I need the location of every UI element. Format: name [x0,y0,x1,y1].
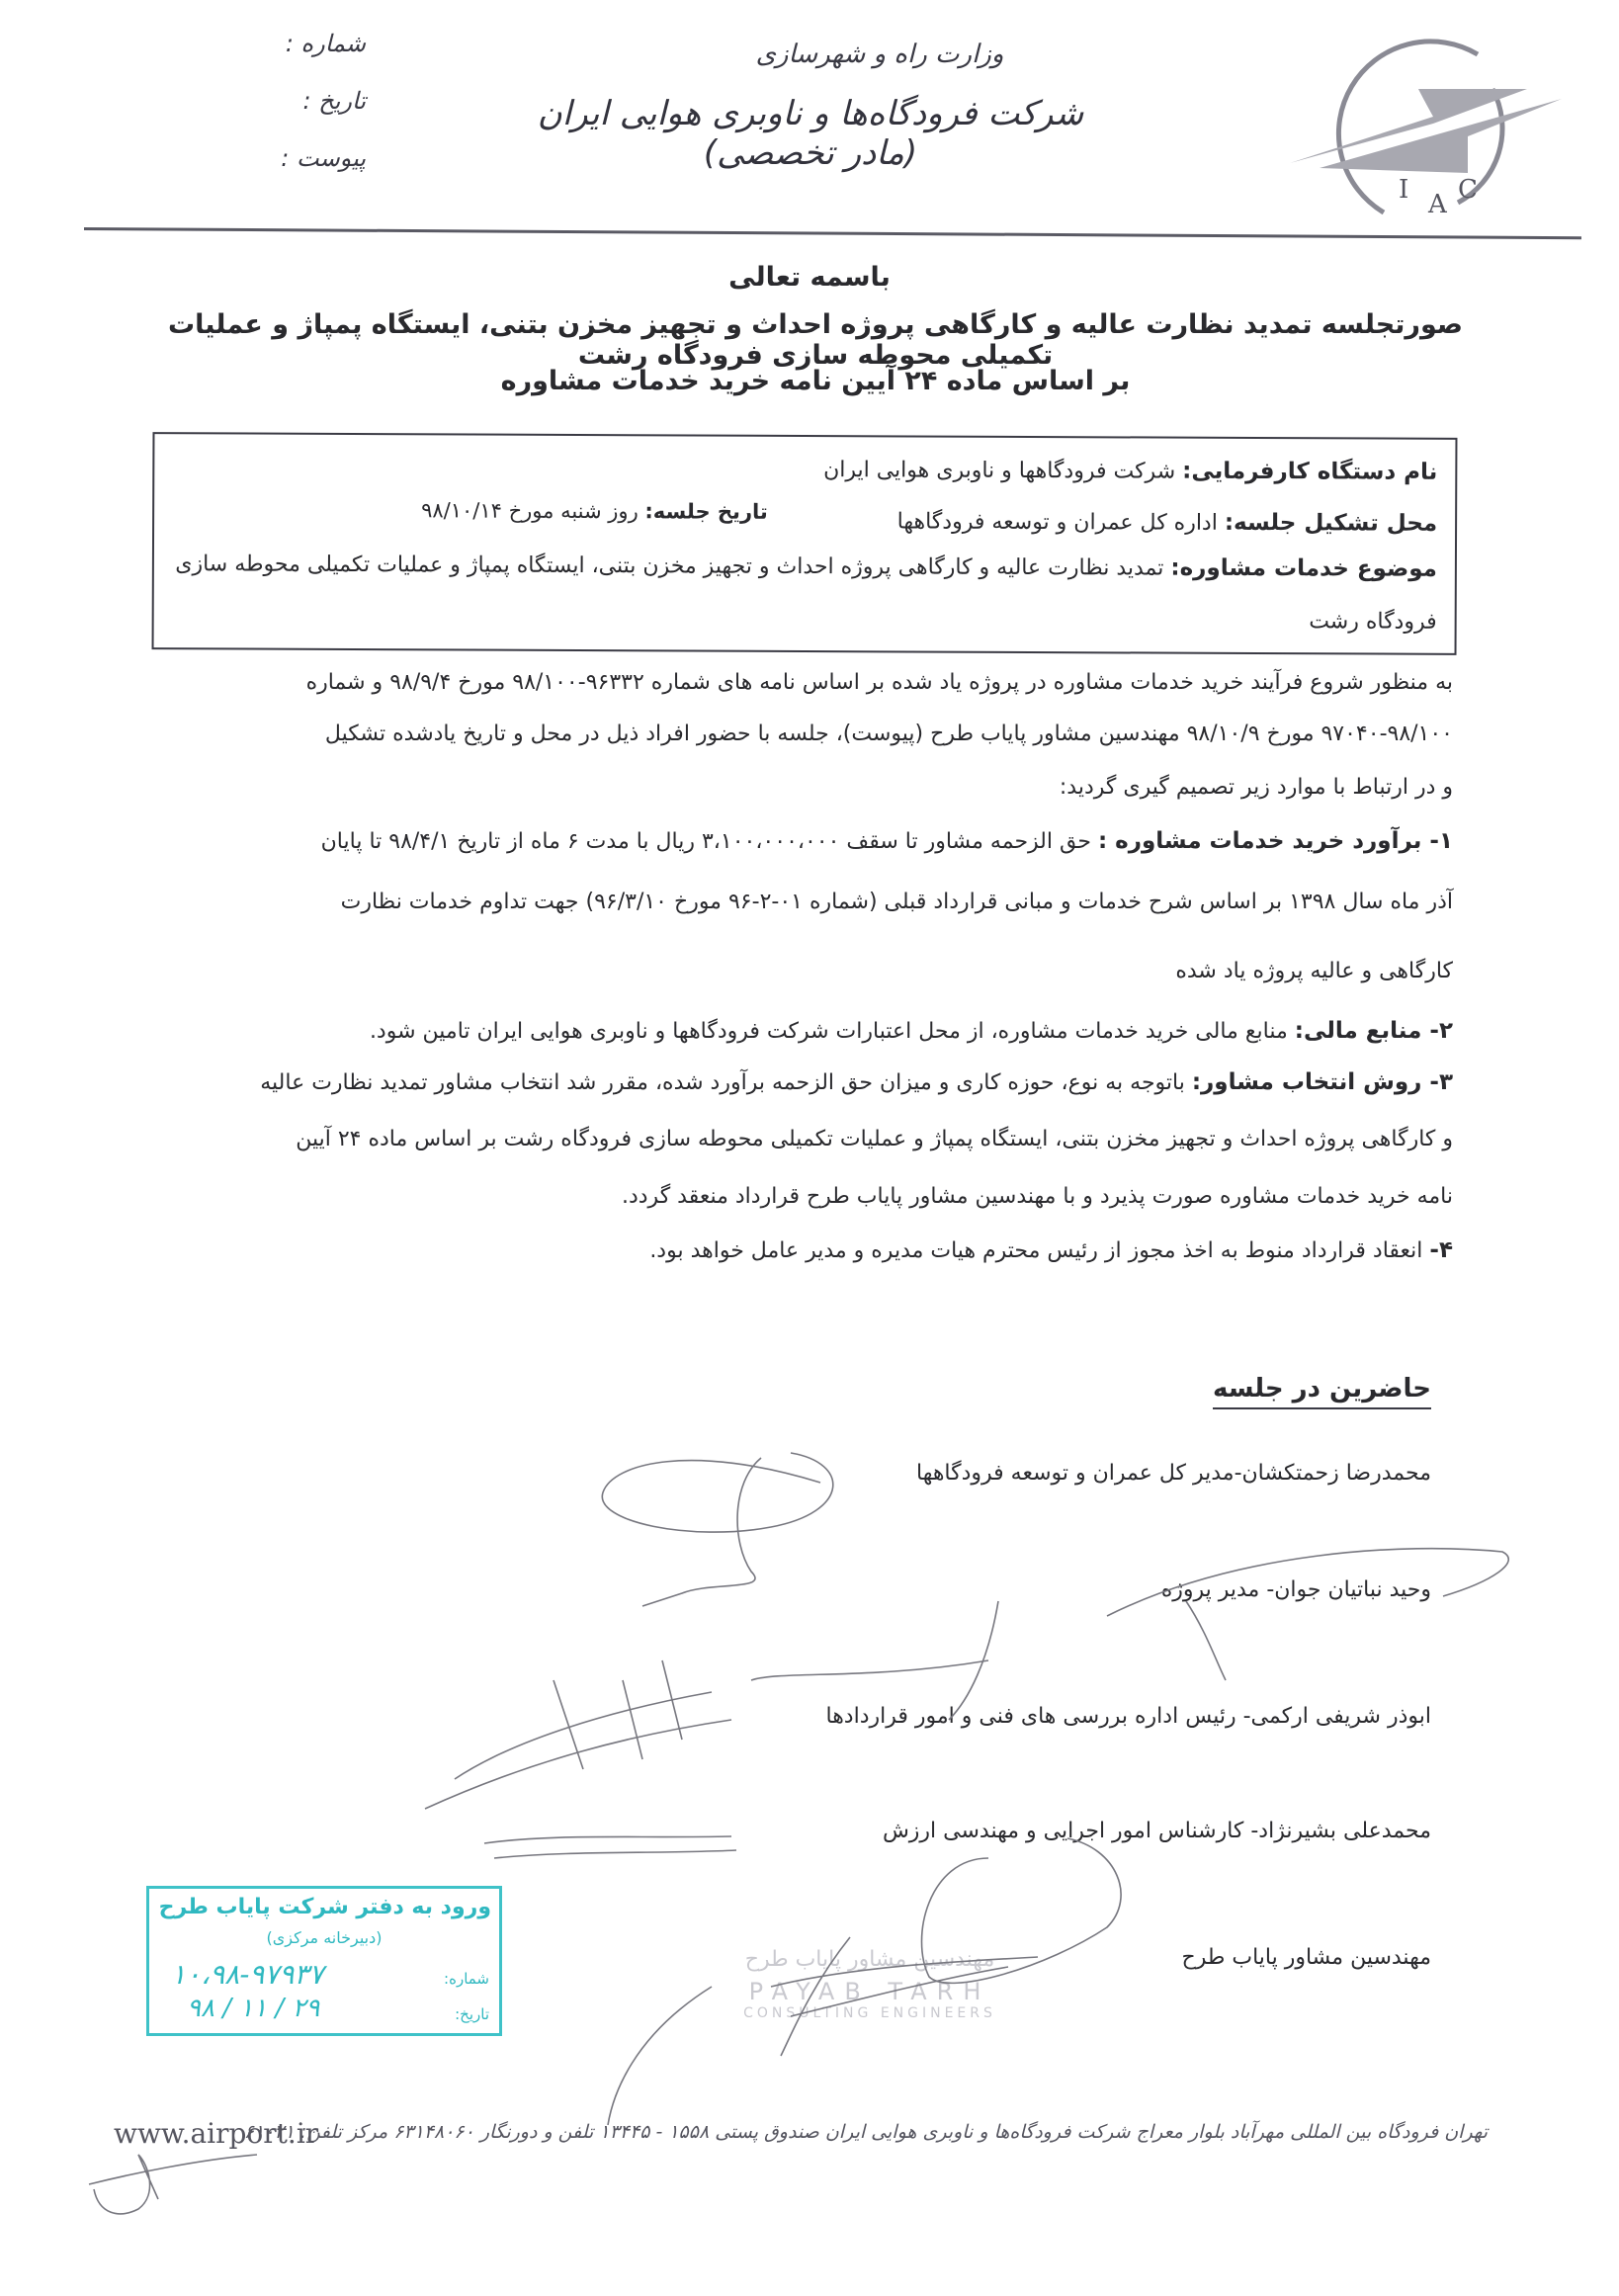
subject-value-continued: فرودگاه رشت [1309,609,1437,635]
subject-row: موضوع خدمات مشاوره: تمدید نظارت عالیه و … [172,551,1437,582]
meeting-info-box: نام دستگاه کارفرمایی: شرکت فرودگاهها و ن… [152,432,1458,655]
subject-label: موضوع خدمات مشاوره: [1170,555,1437,582]
employer-label: نام دستگاه کارفرمایی: [1182,459,1437,485]
subject-value: تمدید نظارت عالیه و کارگاهی پروژه احداث … [175,552,1163,580]
venue-label: محل تشکیل جلسه: [1225,510,1437,537]
meeting-date-label: تاریخ جلسه: [644,499,768,524]
payab-company-seal: مهندسین مشاور پایاب طرح PAYAB TARH CONSU… [692,1917,1048,2076]
letter-date-label: تاریخ : [247,87,366,115]
item-2: ۲- منابع مالی: منابع مالی خرید خدمات مشا… [370,1018,1453,1044]
intro-line-2: ۹۷۰۴۰-۹۸/۱۰۰ مورخ ۹۸/۱۰/۹ مهندسین مشاور … [158,722,1453,746]
item-1: ۱- برآورد خرید خدمات مشاوره : حق الزحمه … [158,828,1453,854]
attendee-5: مهندسین مشاور پایاب طرح [1182,1945,1431,1970]
intro-line-1: به منظور شروع فرآیند خرید خدمات مشاوره د… [158,670,1453,695]
item-4-label: ۴- [1429,1237,1453,1263]
item-3: ۳- روش انتخاب مشاور: باتوجه به نوع، حوزه… [158,1069,1453,1095]
svg-text:I: I [1399,175,1408,205]
document-title: صورتجلسه تمدید نظارت عالیه و کارگاهی پرو… [148,309,1483,371]
item-1-line-2: آذر ماه سال ۱۳۹۸ بر اساس شرح خدمات و مبا… [158,890,1453,914]
stamp-subtitle: (دبیرخانه مرکزی) [149,1928,499,1947]
item-4: ۴- انعقاد قرارداد منوط به اخذ مجوز از رئ… [649,1237,1453,1263]
stamp-date-value: ۹۸ / ۱۱ / ۲۹ [187,1994,319,2023]
meeting-date-value: روز شنبه مورخ ۹۸/۱۰/۱۴ [421,498,639,523]
attendee-1: محمدرضا زحمتکشان-مدیر کل عمران و توسعه ف… [916,1461,1431,1486]
attendee-2: وحید نباتیان جوان- مدیر پروژه [1161,1577,1431,1602]
employer-row: نام دستگاه کارفرمایی: شرکت فرودگاهها و ن… [823,457,1437,485]
footer-address: تهران فرودگاه بین المللی مهرآباد بلوار م… [390,2121,1488,2143]
item-2-label: ۲- منابع مالی: [1295,1018,1453,1044]
attendee-3: ابوذر شریفی ارکمی- رئیس اداره بررسی های … [825,1704,1431,1729]
meeting-date-row: تاریخ جلسه: روز شنبه مورخ ۹۸/۱۰/۱۴ [421,498,768,524]
item-2-text: منابع مالی خرید خدمات مشاوره، از محل اعت… [370,1019,1288,1044]
bismillah: باسمه تعالی [0,262,1619,293]
payab-seal-en-sub: CONSULTING ENGINEERS [692,2005,1048,2021]
item-1-line-3: کارگاهی و عالیه پروژه یاد شده [1175,959,1453,983]
svg-text:C: C [1458,175,1478,205]
item-4-text: انعقاد قرارداد منوط به اخذ مجوز از رئیس … [649,1238,1422,1263]
letter-attachment-label: پیوست : [247,144,366,172]
svg-text:A: A [1427,190,1448,217]
document-subtitle: بر اساس ماده ۲۴ آیین نامه خرید خدمات مشا… [148,366,1483,396]
receipt-stamp: ورود به دفتر شرکت پایاب طرح (دبیرخانه مر… [146,1886,502,2036]
attendee-4: محمدعلی بشیرنژاد- کارشناس امور اجرایی و … [883,1819,1431,1843]
letter-number-label: شماره : [247,30,366,57]
employer-value: شرکت فرودگاهها و ناوبری هوایی ایران [823,458,1175,484]
stamp-title: ورود به دفتر شرکت پایاب طرح [159,1895,491,1919]
company-name: شرکت فرودگاه‌ها و ناوبری هوایی ایران (ما… [534,94,1087,173]
intro-line-3: و در ارتباط با موارد زیر تصمیم گیری گردی… [1060,775,1453,800]
stamp-number-label: شماره: [444,1970,489,1988]
item-3-text: باتوجه به نوع، حوزه کاری و میزان حق الزح… [260,1070,1185,1095]
venue-value: اداره کل عمران و توسعه فرودگاهها [897,509,1218,535]
attendees-heading: حاضرین در جلسه [1213,1374,1431,1409]
item-1-label: ۱- برآورد خرید خدمات مشاوره : [1098,828,1453,854]
iac-logo: I A C [1280,30,1576,217]
payab-seal-fa: مهندسین مشاور پایاب طرح [692,1947,1048,1972]
header-divider [84,227,1581,239]
item-3-line-3: نامه خرید خدمات مشاوره صورت پذیرد و با م… [622,1184,1453,1209]
stamp-number-value: ۱۰،۹۸-۹۷۹۳۷ [171,1958,324,1991]
item-3-line-2: و کارگاهی پروژه احداث و تجهیز مخزن بتنی،… [158,1127,1453,1151]
item-1-text: حق الزحمه مشاور تا سقف ۳،۱۰۰،۰۰۰،۰۰۰ ریا… [321,829,1091,854]
payab-seal-en: PAYAB TARH [692,1978,1048,2005]
venue-row: محل تشکیل جلسه: اداره کل عمران و توسعه ف… [897,508,1438,536]
item-3-label: ۳- روش انتخاب مشاور: [1192,1069,1453,1095]
stamp-date-label: تاریخ: [455,2005,489,2023]
ministry-name: وزارت راه و شهرسازی [633,40,1127,69]
